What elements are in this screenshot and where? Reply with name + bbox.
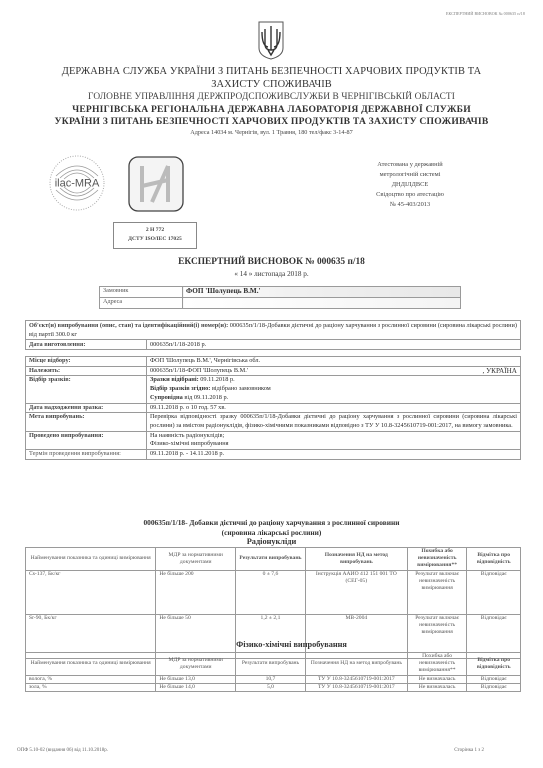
address-value bbox=[183, 298, 461, 309]
cell-conformity: Відповідає bbox=[467, 683, 521, 691]
cell-mdr: Не більше 200 bbox=[156, 570, 236, 614]
cell-result: 5,0 bbox=[236, 683, 306, 691]
col-result: Результати випробувань bbox=[236, 653, 306, 676]
sample-title: 000635п/1/18- Добавки дієтичні до раціон… bbox=[0, 518, 543, 537]
document-page: ЕКСПЕРТНИЙ ВИСНОВОК № 000635 п/18 ДЕРЖАВ… bbox=[0, 0, 543, 768]
sampled-per-value: відібрано замовником bbox=[210, 385, 270, 392]
cell-uncertainty: Не визначалась bbox=[407, 675, 467, 683]
object-row: Об'єкт(и) випробування (опис, стан) та і… bbox=[26, 321, 521, 340]
address-row: Адреса bbox=[100, 298, 461, 309]
period-value: 09.11.2018 р. - 14.11.2018 р. bbox=[147, 450, 521, 460]
sampling-row: Відбір зразків: Зразки відібрані: 09.11.… bbox=[26, 376, 521, 403]
svg-text:ilac-MRA: ilac-MRA bbox=[55, 178, 100, 190]
cell-method: ТУ У 10.8-3245610719-001:2017 bbox=[305, 683, 407, 691]
col-uncertainty: Похибка або невизначеність вимірювання** bbox=[407, 653, 467, 676]
cell-conformity: Відповідає bbox=[467, 675, 521, 683]
cell-mdr: Не більше 14,0 bbox=[156, 683, 236, 691]
period-row: Термін проведення випробування: 09.11.20… bbox=[26, 450, 521, 460]
agency-name: ДЕРЖАВНА СЛУЖБА УКРАЇНИ З ПИТАНЬ БЕЗПЕЧН… bbox=[0, 66, 543, 91]
col-indicator: Найменування показника та одиниці вимірю… bbox=[26, 548, 156, 571]
col-mdr: МДР за нормативними документами bbox=[156, 653, 236, 676]
cell-uncertainty: Не визначалась bbox=[407, 683, 467, 691]
cell-uncertainty: Результат включає невизначеність вимірюв… bbox=[407, 570, 467, 614]
customer-row: Замовник ФОП 'Шолупець В.М.' bbox=[100, 287, 461, 298]
table-row: Cs-137, Бк/кгНе більше 2000 ± 7,6Інструк… bbox=[26, 570, 521, 614]
customer-label: Замовник bbox=[100, 287, 183, 298]
cell-indicator: Cs-137, Бк/кг bbox=[26, 570, 156, 614]
col-conformity: Відмітка про відповідність bbox=[467, 653, 521, 676]
page-number: Сторінка 1 з 2 bbox=[454, 748, 484, 753]
address-label: Адреса bbox=[100, 298, 183, 309]
physchem-title: Фізико-хімічні випробування bbox=[20, 640, 543, 649]
cell-method: ТУ У 10.8-3245610719-001:2017 bbox=[305, 675, 407, 683]
belongs-country: , УКРАЇНА bbox=[482, 367, 517, 376]
table-row: зола, %Не більше 14,05,0ТУ У 10.8-324561… bbox=[26, 683, 521, 691]
physchem-header-row: Найменування показника та одиниці вимірю… bbox=[26, 653, 521, 676]
laboratory-address: Адреса 14034 м. Чернігів, вул. 1 Травня,… bbox=[0, 129, 543, 136]
cell-result: 0 ± 7,6 bbox=[236, 570, 306, 614]
purpose-row: Мета випробувань: Перевірка відповідност… bbox=[26, 413, 521, 431]
radionuclides-title: Радіонукліди bbox=[0, 537, 543, 546]
accreditation-box: 2 Н 772 ДСТУ ISO/IEC 17025 bbox=[113, 222, 197, 249]
tests-cell: На наявність радіонуклідів; Фізико-хіміч… bbox=[147, 431, 521, 449]
customer-table: Замовник ФОП 'Шолупець В.М.' Адреса bbox=[99, 286, 461, 309]
accompanying-value: від 09.11.2018 р. bbox=[183, 394, 228, 401]
purpose-label: Мета випробувань: bbox=[26, 413, 147, 431]
sampled-value: 09.11.2018 р. bbox=[199, 376, 235, 383]
object-cell: Об'єкт(и) випробування (опис, стан) та і… bbox=[26, 321, 521, 340]
customer-value: ФОП 'Шолупець В.М.' bbox=[183, 287, 461, 298]
coat-of-arms-icon bbox=[257, 20, 285, 60]
sampling-info-table: Місце відбору: ФОП 'Шолупець В.М.', Черн… bbox=[25, 356, 521, 460]
attestation-block: Атестована у державній метрологічній сис… bbox=[345, 160, 475, 210]
physchem-table: Найменування показника та одиниці вимірю… bbox=[25, 652, 521, 692]
laboratory-name: ЧЕРНІГІВСЬКА РЕГІОНАЛЬНА ДЕРЖАВНА ЛАБОРА… bbox=[0, 104, 543, 128]
belongs-row: Належить: 000635п/1/18-ФОП 'Шолупець В.М… bbox=[26, 366, 521, 376]
top-reference: ЕКСПЕРТНИЙ ВИСНОВОК № 000635 п/18 bbox=[446, 11, 525, 16]
received-value: 09.11.2018 р. о 10 год. 57 хв. bbox=[147, 403, 521, 413]
sampling-place-label: Місце відбору: bbox=[26, 357, 147, 367]
belongs-label: Належить: bbox=[26, 366, 147, 376]
sampling-label: Відбір зразків: bbox=[26, 376, 147, 403]
document-date: « 14 » листопада 2018 р. bbox=[0, 270, 543, 278]
received-label: Дата надходження зразка: bbox=[26, 403, 147, 413]
accompanying-label: Супровідна bbox=[150, 394, 183, 401]
document-title: ЕКСПЕРТНИЙ ВИСНОВОК № 000635 п/18 bbox=[0, 257, 543, 267]
ilac-mra-logo-icon: ilac-MRA bbox=[48, 154, 106, 212]
tests-line-1: На наявність радіонуклідів; bbox=[150, 432, 517, 441]
manufacture-value: 000635п/1/18-2018 р. bbox=[147, 340, 521, 350]
national-accreditation-logo-icon bbox=[128, 156, 184, 212]
col-result: Результати випробувань bbox=[236, 548, 306, 571]
sampled-label: Зразки відібрані: bbox=[150, 376, 199, 383]
sampling-cell: Зразки відібрані: 09.11.2018 р. Відбір з… bbox=[147, 376, 521, 403]
col-mdr: МДР за нормативними документами bbox=[156, 548, 236, 571]
tests-label: Проведено випробування: bbox=[26, 431, 147, 449]
table-row: волога, %Не більше 13,010,7ТУ У 10.8-324… bbox=[26, 675, 521, 683]
period-label: Термін проведення випробування: bbox=[26, 450, 147, 460]
purpose-value: Перевірка відповідності зразку 000635п/1… bbox=[147, 413, 521, 431]
tests-line-2: Фізико-хімічні випробування bbox=[150, 440, 517, 449]
sampling-place-row: Місце відбору: ФОП 'Шолупець В.М.', Черн… bbox=[26, 357, 521, 367]
sampling-place-value: ФОП 'Шолупець В.М.', Чернігівська обл. bbox=[147, 357, 521, 367]
department-name: ГОЛОВНЕ УПРАВЛІННЯ ДЕРЖПРОДСПОЖИВСЛУЖБИ … bbox=[0, 92, 543, 102]
cell-conformity: Відповідає bbox=[467, 570, 521, 614]
physchem-body: волога, %Не більше 13,010,7ТУ У 10.8-324… bbox=[26, 675, 521, 691]
cell-indicator: зола, % bbox=[26, 683, 156, 691]
cell-indicator: волога, % bbox=[26, 675, 156, 683]
belongs-cell: 000635п/1/18-ФОП 'Шолупець В.М.' , УКРАЇ… bbox=[147, 366, 521, 376]
cell-method: Інструкція ААИО 412 151 001 ТО (СЕГ-05) bbox=[305, 570, 407, 614]
cell-result: 10,7 bbox=[236, 675, 306, 683]
sampled-per-label: Відбір зразків згідно: bbox=[150, 385, 210, 392]
object-label: Об'єкт(и) випробування (опис, стан) та і… bbox=[29, 322, 228, 329]
col-indicator: Найменування показника та одиниці вимірю… bbox=[26, 653, 156, 676]
col-method: Позначення НД на метод випробувань bbox=[305, 653, 407, 676]
manufacture-label: Дата виготовлення: bbox=[26, 340, 147, 350]
belongs-value: 000635п/1/18-ФОП 'Шолупець В.М.' bbox=[150, 367, 248, 374]
col-method: Позначення НД на метод випробувань bbox=[305, 548, 407, 571]
radionuclides-header-row: Найменування показника та одиниці вимірю… bbox=[26, 548, 521, 571]
col-uncertainty: Похибка або невизначеність вимірювання** bbox=[407, 548, 467, 571]
form-reference: ОПФ 5.10-02 (видання 06) від 11.10.2018р… bbox=[17, 748, 108, 753]
received-row: Дата надходження зразка: 09.11.2018 р. о… bbox=[26, 403, 521, 413]
tests-row: Проведено випробування: На наявність рад… bbox=[26, 431, 521, 449]
cell-mdr: Не більше 13,0 bbox=[156, 675, 236, 683]
col-conformity: Відмітка про відповідність bbox=[467, 548, 521, 571]
object-table: Об'єкт(и) випробування (опис, стан) та і… bbox=[25, 320, 521, 350]
manufacture-row: Дата виготовлення: 000635п/1/18-2018 р. bbox=[26, 340, 521, 350]
